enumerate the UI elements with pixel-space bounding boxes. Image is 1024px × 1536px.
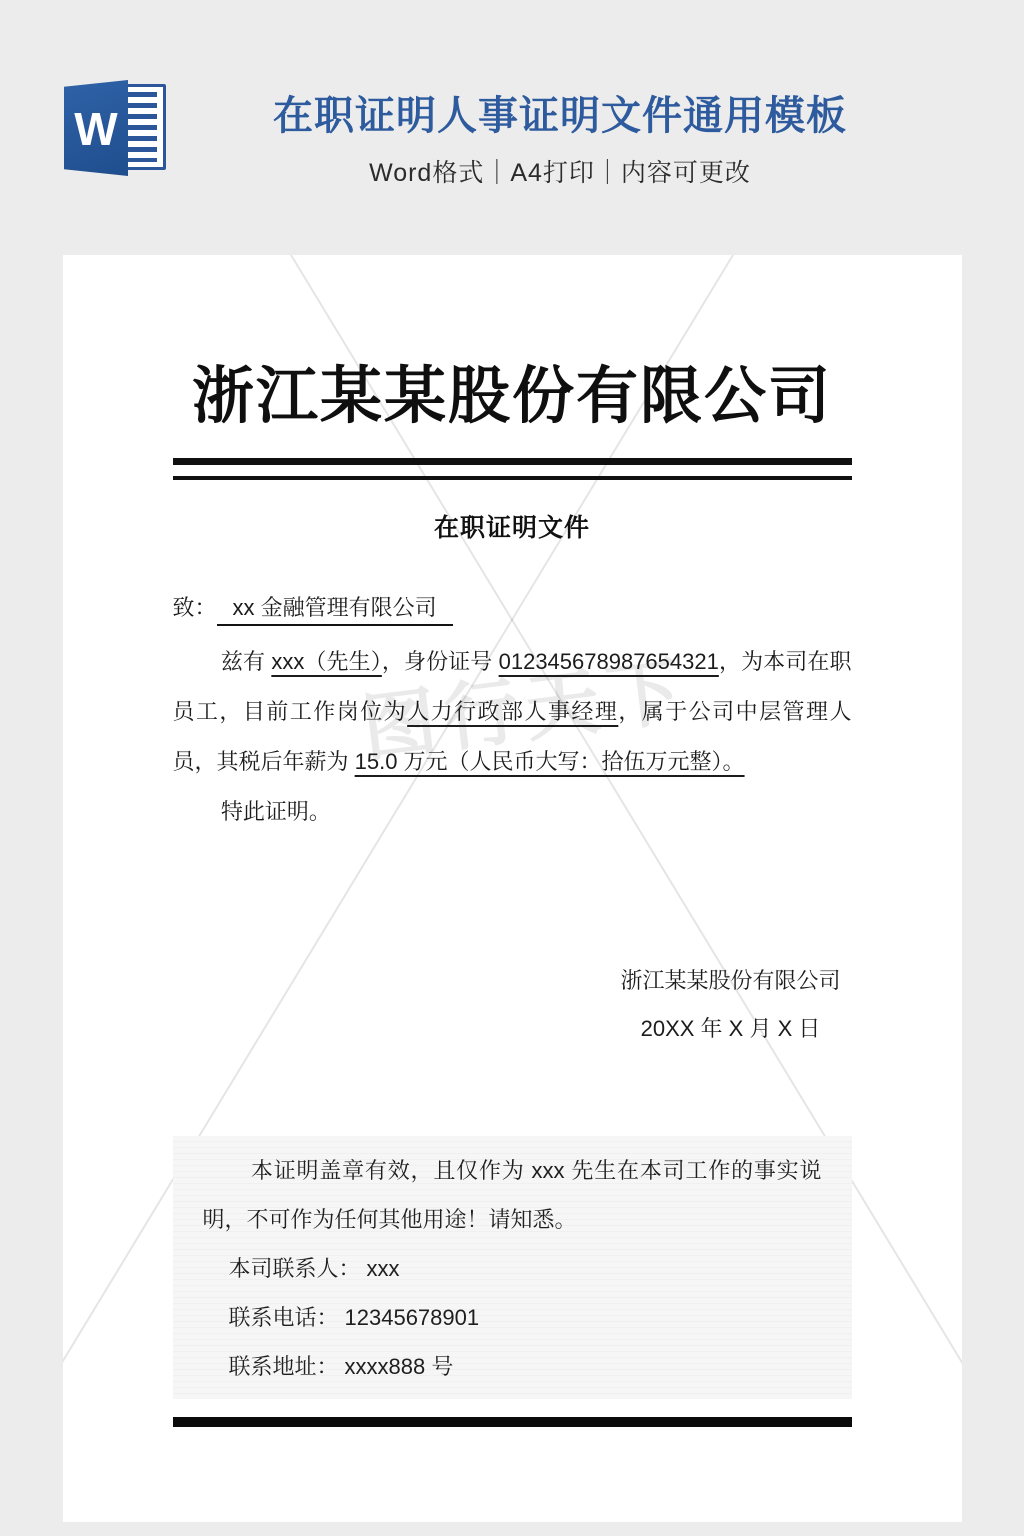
paragraph-text: 兹有 xyxy=(221,649,271,674)
contact-phone-value: 12345678901 xyxy=(339,1305,480,1330)
employee-name: xxx（先生） xyxy=(271,649,382,674)
contact-line: 联系电话：12345678901 xyxy=(203,1293,822,1342)
notice-box: 本证明盖章有效，且仅作为 xxx 先生在本司工作的事实说明，不可作为任何其他用途… xyxy=(173,1136,852,1399)
contact-person-label: 本司联系人： xyxy=(229,1256,361,1281)
contact-line: 联系地址：xxxx888 号 xyxy=(203,1342,822,1391)
certificate-paragraph: 兹有 xxx（先生），身份证号 012345678987654321，为本司在职… xyxy=(173,637,852,787)
word-icon-front: W xyxy=(64,80,128,176)
page-title: 在职证明人事证明文件通用模板 xyxy=(166,84,954,141)
divider-thin xyxy=(173,476,852,480)
signature-block: 浙江某某股份有限公司 20XX 年 X 月 X 日 xyxy=(610,957,852,1053)
contact-person-value: xxx xyxy=(361,1256,400,1281)
notice-paragraph: 本证明盖章有效，且仅作为 xxx 先生在本司工作的事实说明，不可作为任何其他用途… xyxy=(203,1146,822,1244)
company-title: 浙江某某股份有限公司 xyxy=(173,361,852,432)
bottom-bar xyxy=(173,1417,852,1427)
page-subtitle: Word格式｜A4打印｜内容可更改 xyxy=(166,153,954,189)
contact-phone-label: 联系电话： xyxy=(229,1305,339,1330)
template-preview: W 在职证明人事证明文件通用模板 Word格式｜A4打印｜内容可更改 图行天下 … xyxy=(0,0,1024,1536)
job-position: 人力行政部人事经理 xyxy=(407,699,618,724)
contact-address-value: xxxx888 号 xyxy=(339,1354,454,1379)
document-page: 图行天下 浙江某某股份有限公司 在职证明文件 致：xx 金融管理有限公司 兹有 … xyxy=(63,255,962,1522)
paragraph-text: ，身份证号 xyxy=(382,649,499,674)
document-heading: 在职证明文件 xyxy=(173,508,852,544)
salutation-recipient: xx 金融管理有限公司 xyxy=(217,595,453,626)
closing-line: 特此证明。 xyxy=(173,787,852,837)
word-icon: W xyxy=(64,80,166,176)
header-text-block: 在职证明人事证明文件通用模板 Word格式｜A4打印｜内容可更改 xyxy=(166,80,1024,189)
divider-thick xyxy=(173,458,852,465)
salutation-line: 致：xx 金融管理有限公司 xyxy=(173,590,852,625)
salary-amount: 15.0 万元（人民币大写：拾伍万元整）。 xyxy=(355,749,745,774)
word-icon-letter: W xyxy=(74,102,117,156)
contact-line: 本司联系人：xxx xyxy=(203,1244,822,1293)
header: W 在职证明人事证明文件通用模板 Word格式｜A4打印｜内容可更改 xyxy=(0,0,1024,255)
signature-company: 浙江某某股份有限公司 xyxy=(610,957,852,1005)
id-number: 012345678987654321 xyxy=(499,649,719,674)
signature-date: 20XX 年 X 月 X 日 xyxy=(610,1005,852,1053)
salutation-prefix: 致： xyxy=(173,595,217,620)
contact-address-label: 联系地址： xyxy=(229,1354,339,1379)
